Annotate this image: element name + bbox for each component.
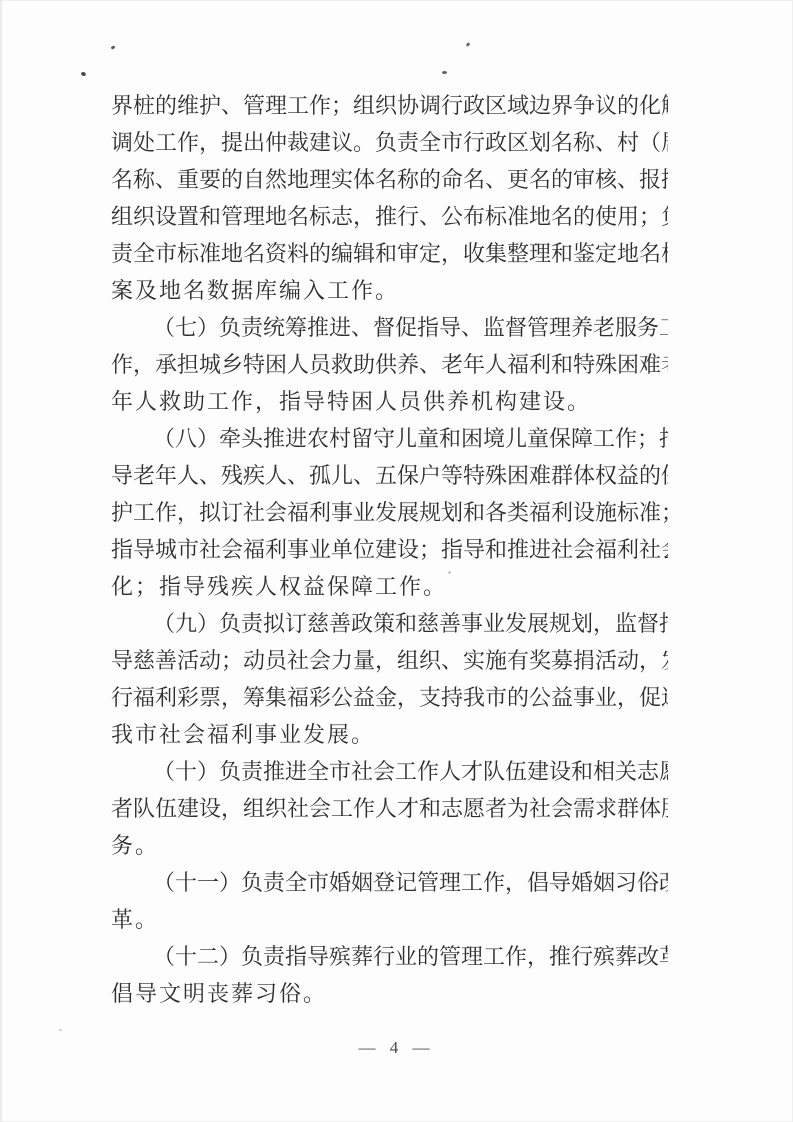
- scan-speck: [466, 42, 471, 47]
- text-line: （十）负责推进全市社会工作人才队伍建设和相关志愿: [111, 753, 668, 790]
- scan-speck: [59, 1029, 62, 1031]
- text-line: 责全市标准地名资料的编辑和审定，收集整理和鉴定地名档: [111, 235, 668, 272]
- page-number: — 4 —: [0, 1038, 793, 1058]
- text-line: （七）负责统筹推进、督促指导、监督管理养老服务工: [111, 309, 668, 346]
- text-line: 革。: [111, 901, 668, 938]
- text-line: 行福利彩票，筹集福彩公益金，支持我市的公益事业，促进: [111, 679, 668, 716]
- text-line: 指导城市社会福利事业单位建设；指导和推进社会福利社会: [111, 531, 668, 568]
- text-line: 年人救助工作，指导特困人员供养机构建设。: [111, 383, 668, 420]
- text-line: 导慈善活动；动员社会力量，组织、实施有奖募捐活动，发: [111, 642, 668, 679]
- text-line: 倡导文明丧葬习俗。: [111, 975, 668, 1012]
- text-line: 名称、重要的自然地理实体名称的命名、更名的审核、报批；: [111, 161, 668, 198]
- text-line: （十二）负责指导殡葬行业的管理工作，推行殡葬改革，: [111, 938, 668, 975]
- scanned-document-page: 界桩的维护、管理工作；组织协调行政区域边界争议的化解调处工作，提出仲裁建议。负责…: [0, 0, 793, 1122]
- text-line: 务。: [111, 827, 668, 864]
- scan-speck: [111, 45, 116, 50]
- text-line: 调处工作，提出仲裁建议。负责全市行政区划名称、村（居）: [111, 124, 668, 161]
- document-body-text: 界桩的维护、管理工作；组织协调行政区域边界争议的化解调处工作，提出仲裁建议。负责…: [111, 87, 668, 1012]
- text-line: 化；指导残疾人权益保障工作。: [111, 568, 668, 605]
- text-line: 者队伍建设，组织社会工作人才和志愿者为社会需求群体服: [111, 790, 668, 827]
- scan-edge-shadow: [0, 0, 2, 1122]
- text-line: 案及地名数据库编入工作。: [111, 272, 668, 309]
- text-line: 作，承担城乡特困人员救助供养、老年人福利和特殊困难老: [111, 346, 668, 383]
- text-line: 我市社会福利事业发展。: [111, 716, 668, 753]
- text-line: 界桩的维护、管理工作；组织协调行政区域边界争议的化解: [111, 87, 668, 124]
- text-line: 组织设置和管理地名标志，推行、公布标准地名的使用；负: [111, 198, 668, 235]
- scan-speck: [80, 71, 86, 76]
- scan-speck: [442, 71, 447, 74]
- text-line: （十一）负责全市婚姻登记管理工作，倡导婚姻习俗改: [111, 864, 668, 901]
- text-line: 护工作，拟订社会福利事业发展规划和各类福利设施标准；: [111, 494, 668, 531]
- text-line: （八）牵头推进农村留守儿童和困境儿童保障工作；指: [111, 420, 668, 457]
- text-line: 导老年人、残疾人、孤儿、五保户等特殊困难群体权益的保: [111, 457, 668, 494]
- text-line: （九）负责拟订慈善政策和慈善事业发展规划，监督指: [111, 605, 668, 642]
